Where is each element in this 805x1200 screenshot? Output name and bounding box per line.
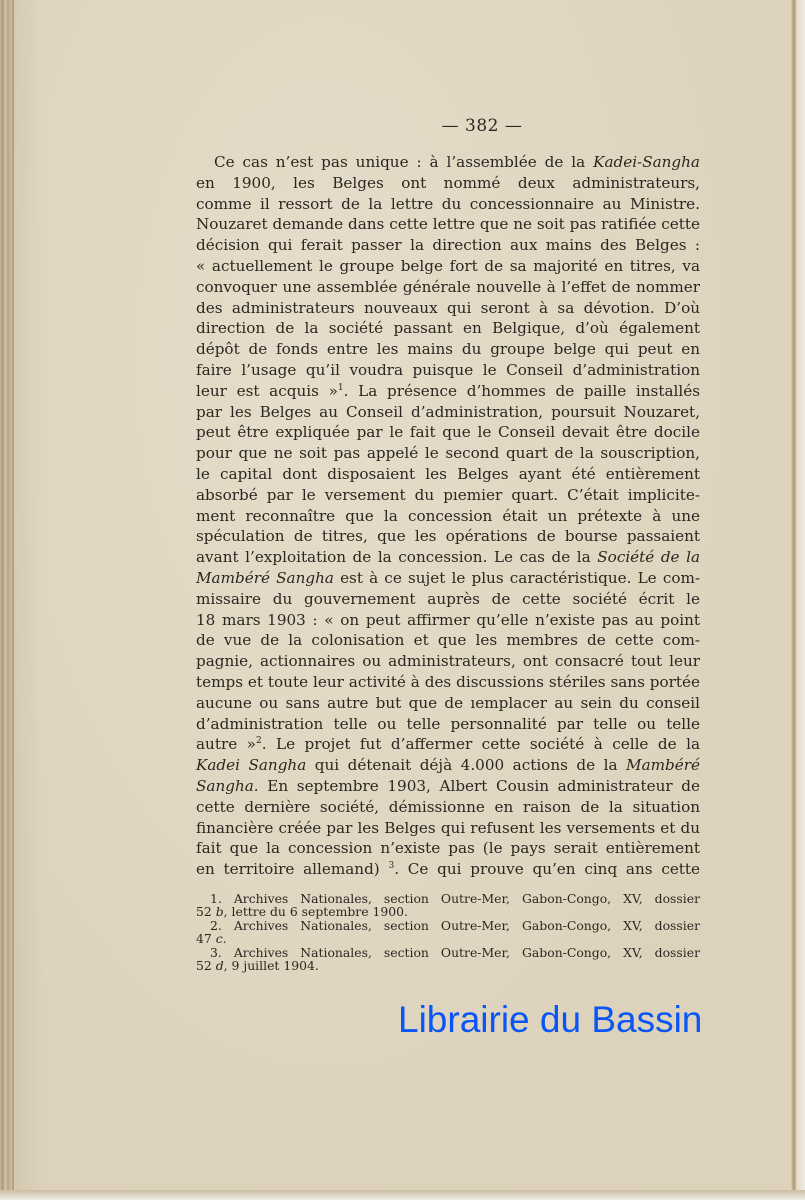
text-line: Kadei Sangha qui détenait déjà 4.000 act… [196,755,700,776]
text-run: avant l’exploitation de la concession. L… [196,548,597,566]
text-run: aucune ou sans autre but que de ıemplace… [196,694,700,712]
italic-text: d [216,958,224,973]
page-edge-bottom [0,1190,805,1200]
text-line: en territoire allemand) 3. Ce qui prouve… [196,859,700,880]
footnote-item: 3. Archives Nationales, section Outre-Me… [196,946,700,973]
page-edge-right [791,0,805,1200]
text-run: , 9 juillet 1904. [224,958,319,973]
text-run: 47 [196,931,216,946]
text-run: le capital dont disposaient les Belges a… [196,465,700,483]
page-content: — 382 — Ce cas n’est pas unique : à l’as… [196,116,700,972]
text-run: d’administration telle ou telle personna… [196,715,700,733]
text-run: Nouzaret demande dans cette lettre que n… [196,215,700,233]
text-run: . Le projet fut d’affermer cette société… [262,735,700,753]
text-run: est à ce sujet le plus caractéristique. … [334,569,700,587]
text-line: autre »2. Le projet fut d’affermer cette… [196,734,700,755]
text-line: Sangha. En septembre 1903, Albert Cousin… [196,776,700,797]
text-run: peut être expliquée par le fait que le C… [196,423,700,441]
text-run: en territoire allemand) [196,860,388,878]
italic-text: Mambéré [626,756,700,774]
text-line: convoquer une assemblée générale nouvell… [196,277,700,298]
text-run: Ce cas n’est pas unique : à l’assemblée … [214,153,593,171]
text-run: dépôt de fonds entre les mains du groupe… [196,340,700,358]
text-line: en 1900, les Belges ont nommé deux admin… [196,173,700,194]
italic-text: Mambéré Sangha [196,569,334,587]
italic-text: Kadei-Sangha [593,153,700,171]
text-line: missaire du gouvernement auprès de cette… [196,589,700,610]
text-run: autre » [196,735,256,753]
text-run: En septembre 1903, Albert Cousin adminis… [259,777,700,795]
text-run: financière créée par les Belges qui refu… [196,819,700,837]
text-run: fait que la concession n’existe pas (le … [196,839,700,857]
text-line: de vue de la colonisation et que les mem… [196,630,700,651]
text-line: pour que ne soit pas appelé le second qu… [196,443,700,464]
text-run: en 1900, les Belges ont nommé deux admin… [196,174,700,192]
footnote-line: 52 b, lettre du 6 septembre 1900. [196,905,700,918]
text-run: direction de la société passant en Belgi… [196,319,700,337]
text-run: absorbé par le versement du pıemier quar… [196,486,700,504]
footnotes: 1. Archives Nationales, section Outre-Me… [196,892,700,972]
text-line: spéculation de titres, que les opération… [196,526,700,547]
text-run: cette dernière société, démissionne en r… [196,798,700,816]
scanned-book-page: — 382 — Ce cas n’est pas unique : à l’as… [0,0,805,1200]
footnote-line: 1. Archives Nationales, section Outre-Me… [196,892,700,905]
text-run: « actuellement le groupe belge fort de s… [196,257,700,275]
footnote-line: 2. Archives Nationales, section Outre-Me… [196,919,700,932]
text-run: faire l’usage qu’il voudra puisque le Co… [196,361,700,379]
text-line: le capital dont disposaient les Belges a… [196,464,700,485]
text-line: 18 mars 1903 : « on peut affirmer qu’ell… [196,610,700,631]
text-line: absorbé par le versement du pıemier quar… [196,485,700,506]
text-line: comme il ressort de la lettre du concess… [196,194,700,215]
footnote-item: 1. Archives Nationales, section Outre-Me… [196,892,700,919]
footnote-item: 2. Archives Nationales, section Outre-Me… [196,919,700,946]
text-line: leur est acquis »1. La présence d’hommes… [196,381,700,402]
watermark-text: Librairie du Bassin [398,999,702,1041]
text-run: leur est acquis » [196,382,338,400]
text-line: par les Belges au Conseil d’administrati… [196,402,700,423]
text-run: temps et toute leur activité à des discu… [196,673,700,691]
text-run: missaire du gouvernement auprès de cette… [196,590,700,608]
italic-text: Kadei Sangha [196,756,306,774]
text-line: des administrateurs nouveaux qui seront … [196,298,700,319]
text-run: . La présence d’hommes de paille install… [344,382,700,400]
italic-text: Sangha. [196,777,259,795]
text-line: décision qui ferait passer la direction … [196,235,700,256]
text-run: 18 mars 1903 : « on peut affirmer qu’ell… [196,611,700,629]
text-run: pour que ne soit pas appelé le second qu… [196,444,700,462]
text-line: Mambéré Sangha est à ce sujet le plus ca… [196,568,700,589]
text-line: financière créée par les Belges qui refu… [196,818,700,839]
text-run: ment reconnaître que la concession était… [196,507,700,525]
text-line: fait que la concession n’existe pas (le … [196,838,700,859]
text-line: « actuellement le groupe belge fort de s… [196,256,700,277]
text-run: qui détenait déjà 4.000 actions de la [306,756,626,774]
text-line: d’administration telle ou telle personna… [196,714,700,735]
footnote-line: 52 d, 9 juillet 1904. [196,959,700,972]
text-line: Nouzaret demande dans cette lettre que n… [196,214,700,235]
text-run: décision qui ferait passer la direction … [196,236,700,254]
text-line: dépôt de fonds entre les mains du groupe… [196,339,700,360]
text-line: peut être expliquée par le fait que le C… [196,422,700,443]
italic-text: c [216,931,223,946]
text-line: avant l’exploitation de la concession. L… [196,547,700,568]
text-run: . [223,931,227,946]
text-run: spéculation de titres, que les opération… [196,527,700,545]
footnote-line: 3. Archives Nationales, section Outre-Me… [196,946,700,959]
body-paragraph: Ce cas n’est pas unique : à l’assemblée … [196,152,700,880]
text-line: cette dernière société, démissionne en r… [196,797,700,818]
text-line: pagnie, actionnaires ou administrateurs,… [196,651,700,672]
text-run: de vue de la colonisation et que les mem… [196,631,700,649]
text-run: des administrateurs nouveaux qui seront … [196,299,700,317]
text-run: pagnie, actionnaires ou administrateurs,… [196,652,700,670]
text-line: Ce cas n’est pas unique : à l’assemblée … [196,152,700,173]
footnote-line: 47 c. [196,932,700,945]
text-line: faire l’usage qu’il voudra puisque le Co… [196,360,700,381]
text-run: comme il ressort de la lettre du concess… [196,195,700,213]
text-run: convoquer une assemblée générale nouvell… [196,278,700,296]
text-run: 52 [196,958,216,973]
italic-text: Société de la [597,548,700,566]
text-run: . Ce qui prouve qu’en cinq ans cette [394,860,700,878]
text-run: par les Belges au Conseil d’administrati… [196,403,700,421]
page-number: — 382 — [264,116,700,136]
text-line: temps et toute leur activité à des discu… [196,672,700,693]
text-line: aucune ou sans autre but que de ıemplace… [196,693,700,714]
text-line: ment reconnaître que la concession était… [196,506,700,527]
text-line: direction de la société passant en Belgi… [196,318,700,339]
